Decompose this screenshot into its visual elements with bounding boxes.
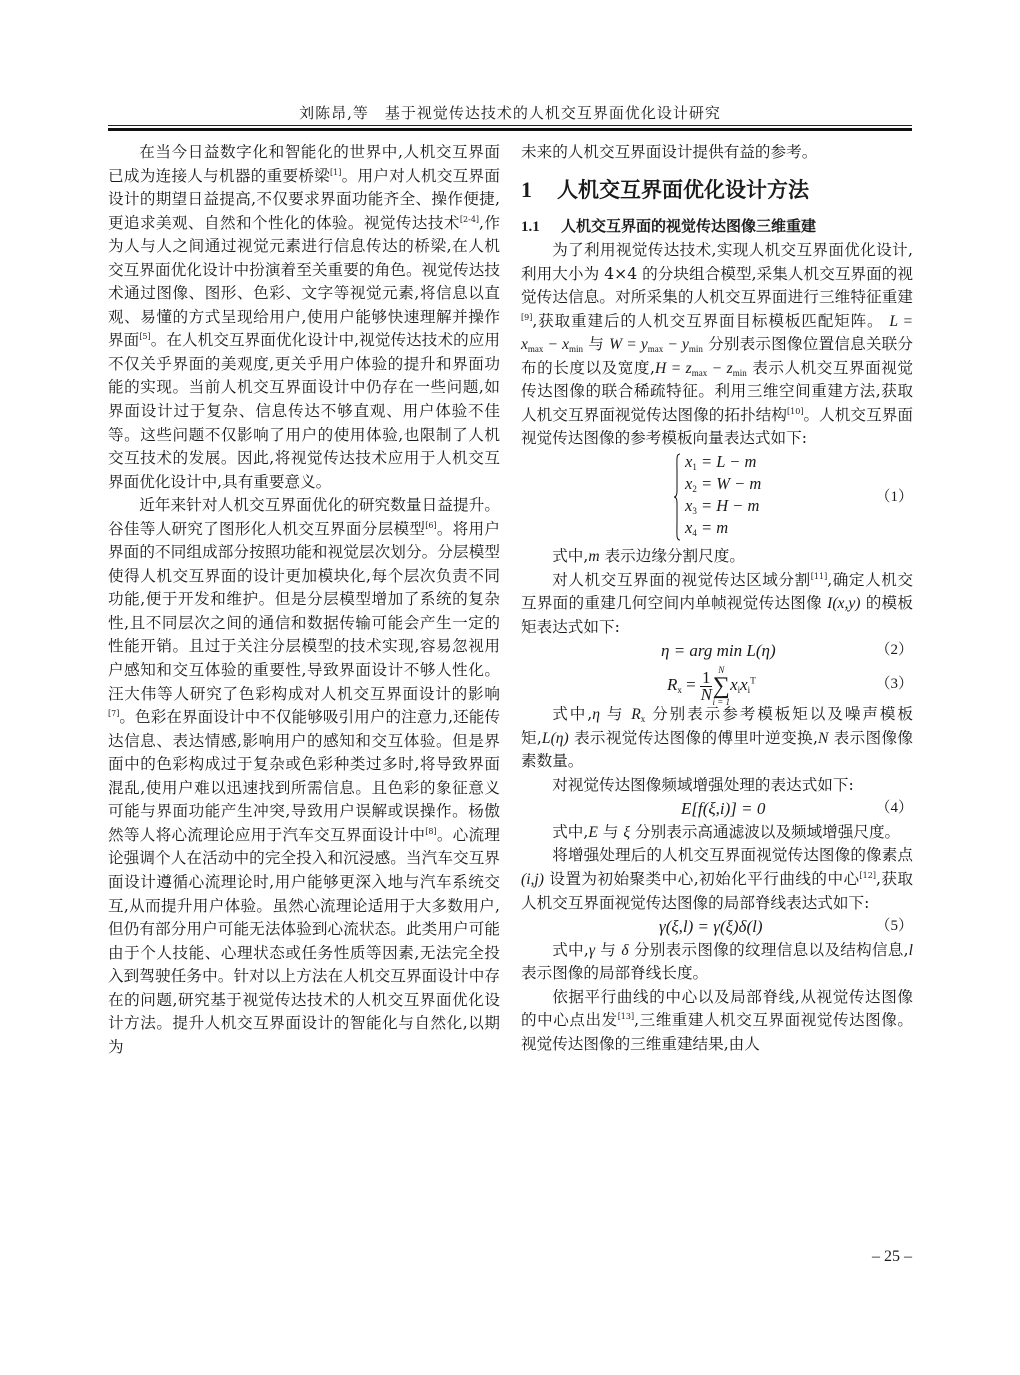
equation-3-explanation: 式中,η 与 Rx 分别表示参考模板矩以及噪声模板矩,L(η) 表示视觉传达图像… [521,703,913,774]
equation-5: γ(ξ,l) = γ(ξ)δ(l) （5） [521,915,913,939]
equation-5-number: （5） [875,915,913,939]
citation-11: [11] [811,572,827,581]
equation-2: η = arg min L(η) （2） [521,639,913,665]
intro-continuation: 未来的人机交互界面设计提供有益的参考。 [521,141,913,165]
summation-icon: N∑i = 1 [712,665,730,707]
intro-paragraph-2: 近年来针对人机交互界面优化的研究数量日益提升。谷佳等人研究了图形化人机交互界面分… [108,494,500,1059]
equation-1: x1 = L − m x2 = W − m x3 = H − m x4 = m … [521,451,913,545]
intro-paragraph-1: 在当今日益数字化和智能化的世界中,人机交互界面已成为连接人与机器的重要桥梁[1]… [108,141,500,494]
left-column: 在当今日益数字化和智能化的世界中,人机交互界面已成为连接人与机器的重要桥梁[1]… [108,141,500,1059]
math-width-def: W = ymax − ymin [609,336,703,353]
citation-9: [9] [521,313,532,322]
equation-3: Rx = 1NN∑i = 1xixiT （3） [521,665,913,703]
equation-4-explanation: 式中,E 与 ξ 分别表示高通滤波以及频域增强尺度。 [521,821,913,845]
method-paragraph-4: 将增强处理后的人机交互界面视觉传达图像的像素点 (i,j) 设置为初始聚类中心,… [521,844,913,915]
equation-5-explanation: 式中,γ 与 δ 分别表示图像的纹理信息以及结构信息,l 表示图像的局部脊线长度… [521,939,913,986]
citation-2-4: [2-4] [460,215,479,224]
citation-5: [5] [139,332,150,341]
equation-1-lines: x1 = L − m x2 = W − m x3 = H − m x4 = m [685,451,761,539]
running-head: 刘陈昂,等 基于视觉传达技术的人机交互界面优化设计研究 [108,102,912,123]
subsection-heading-1-1: 1.1人机交互界面的视觉传达图像三维重建 [521,215,913,240]
equation-1-line-3: x3 = H − m [685,495,761,517]
citation-10: [10] [787,407,803,416]
citation-12: [12] [860,871,876,880]
equation-3-number: （3） [875,673,913,697]
equation-1-line-1: x1 = L − m [685,451,761,473]
citation-13: [13] [618,1012,634,1021]
equation-4: E[f(ξ,i)] = 0 （4） [521,797,913,821]
left-brace-icon [673,453,681,541]
header-rule-thin [108,125,912,126]
fraction: 1N [700,670,713,703]
equation-1-line-4: x4 = m [685,517,761,539]
method-paragraph-1: 为了利用视觉传达技术,实现人机交互界面优化设计,利用大小为 4×4 的分块组合模… [521,239,913,451]
citation-6: [6] [425,521,436,530]
right-column: 未来的人机交互界面设计提供有益的参考。 1人机交互界面优化设计方法 1.1人机交… [521,141,913,1056]
equation-1-explanation: 式中,m 表示边缘分割尺度。 [521,545,913,569]
section-heading-1: 1人机交互界面优化设计方法 [521,175,913,205]
math-height-def: H = zmax − zmin [655,360,747,377]
citation-7: [7] [108,709,119,718]
header-rule-thick [108,128,912,131]
method-paragraph-2: 对人机交互界面的视觉传达区域分割[11],确定人机交互界面的重建几何空间内单帧视… [521,569,913,640]
method-paragraph-3: 对视觉传达图像频域增强处理的表达式如下: [521,774,913,798]
equation-2-number: （2） [875,639,913,663]
method-paragraph-5: 依据平行曲线的中心以及局部脊线,从视觉传达图像的中心点出发[13],三维重建人机… [521,986,913,1057]
equation-4-number: （4） [875,797,913,821]
page-number: – 25 – [872,1248,912,1266]
equation-1-line-2: x2 = W − m [685,473,761,495]
citation-1: [1] [330,168,341,177]
equation-1-number: （1） [875,486,913,510]
citation-8: [8] [425,827,436,836]
